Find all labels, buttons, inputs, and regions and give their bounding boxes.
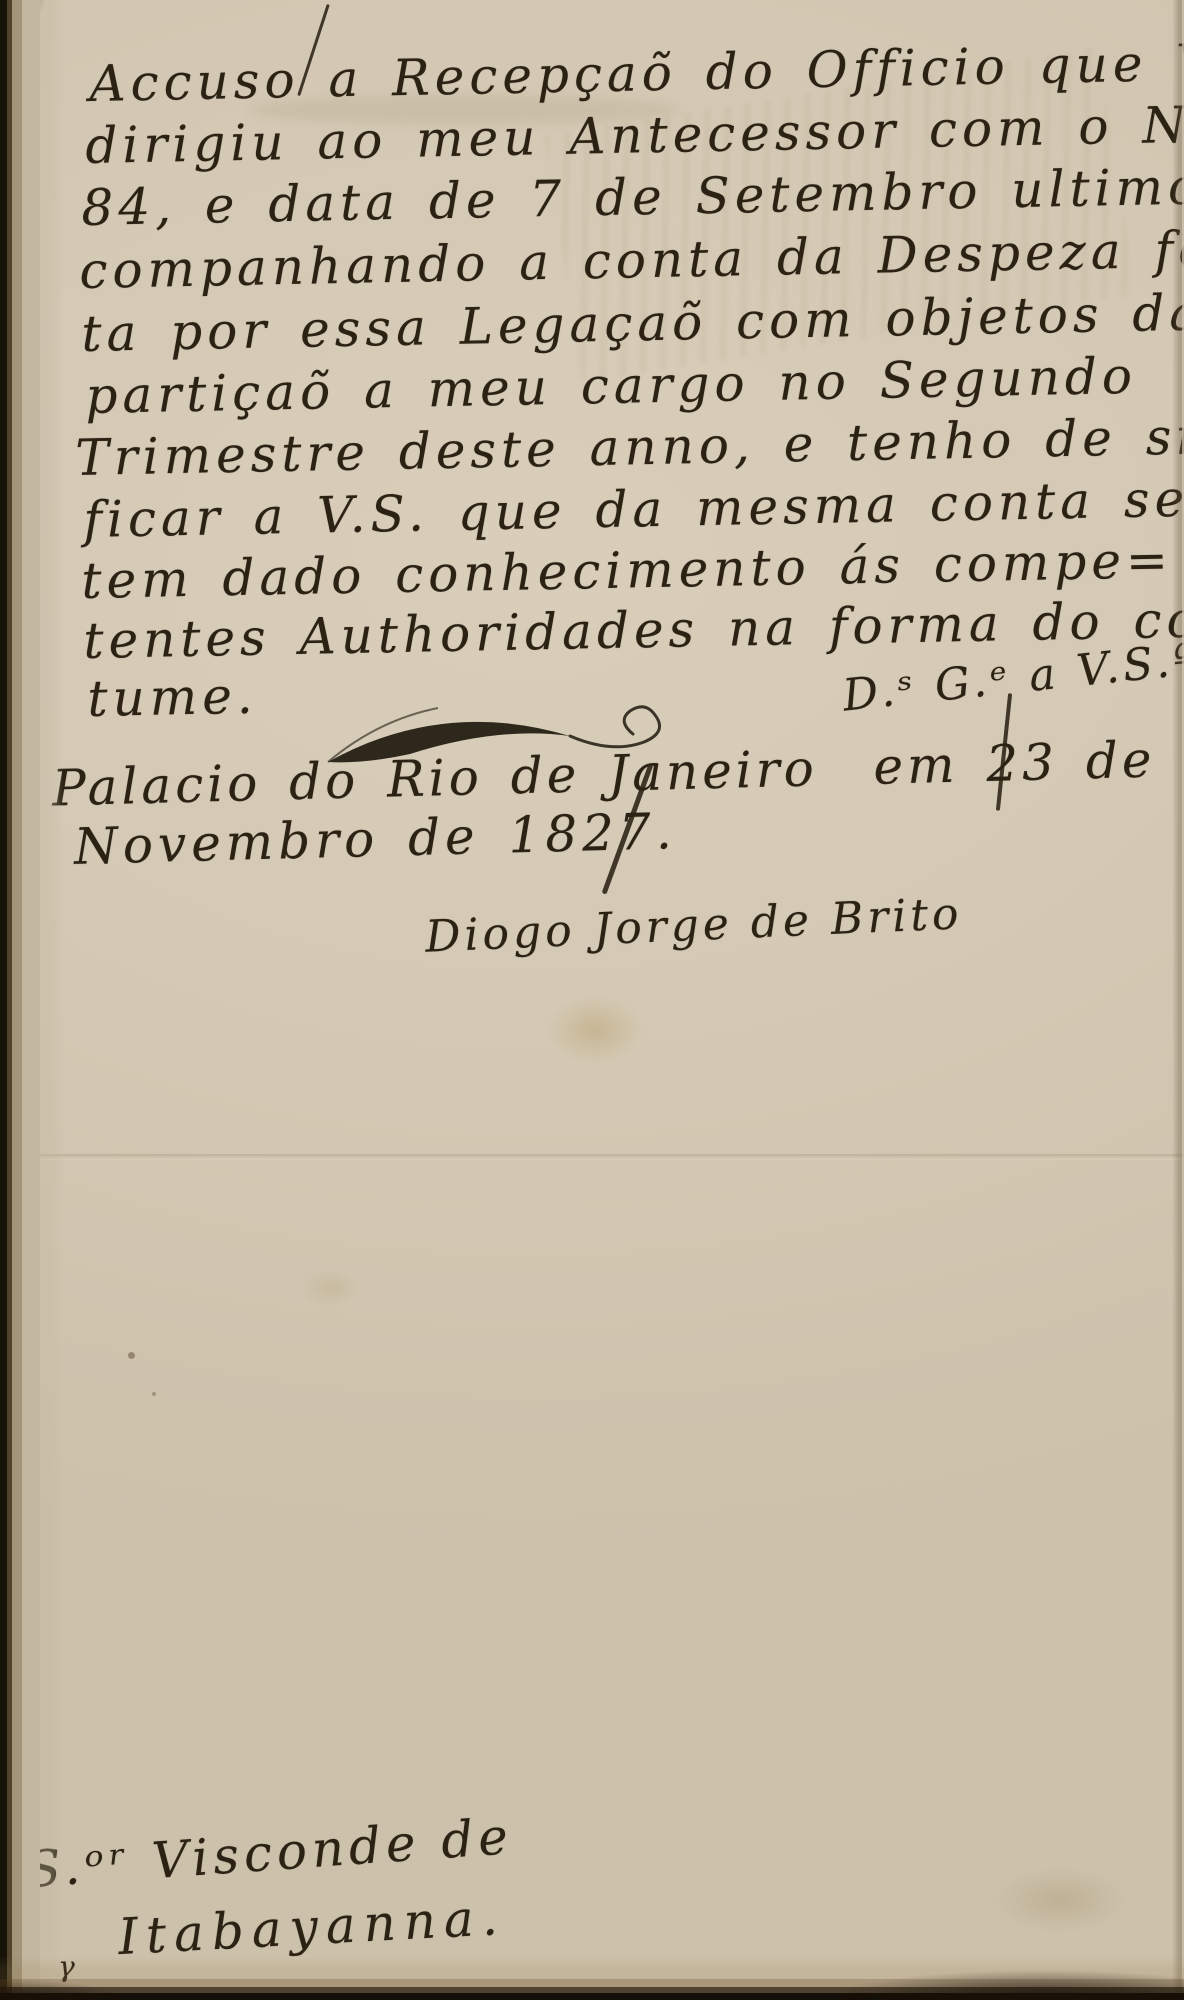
burn-mark-bottom-right bbox=[624, 1934, 1184, 2000]
manuscript-page: Accuso a Recepçaõ do Officio que V.S. di… bbox=[0, 0, 1184, 2000]
fold-crease bbox=[0, 1154, 1184, 1160]
signature: Diogo Jorge de Brito bbox=[424, 888, 963, 962]
body-line: tume. bbox=[87, 667, 258, 728]
ink-speck bbox=[128, 1352, 135, 1359]
burn-mark-bottom-left bbox=[0, 1960, 220, 2000]
ink-speck bbox=[152, 1392, 156, 1396]
addressee-line: Itabayanna. bbox=[117, 1888, 507, 1966]
page-edge-right bbox=[1172, 0, 1184, 2000]
addressee-line: S.ᵒʳ Visconde de bbox=[25, 1807, 515, 1899]
binding-edge-left bbox=[0, 0, 64, 2000]
